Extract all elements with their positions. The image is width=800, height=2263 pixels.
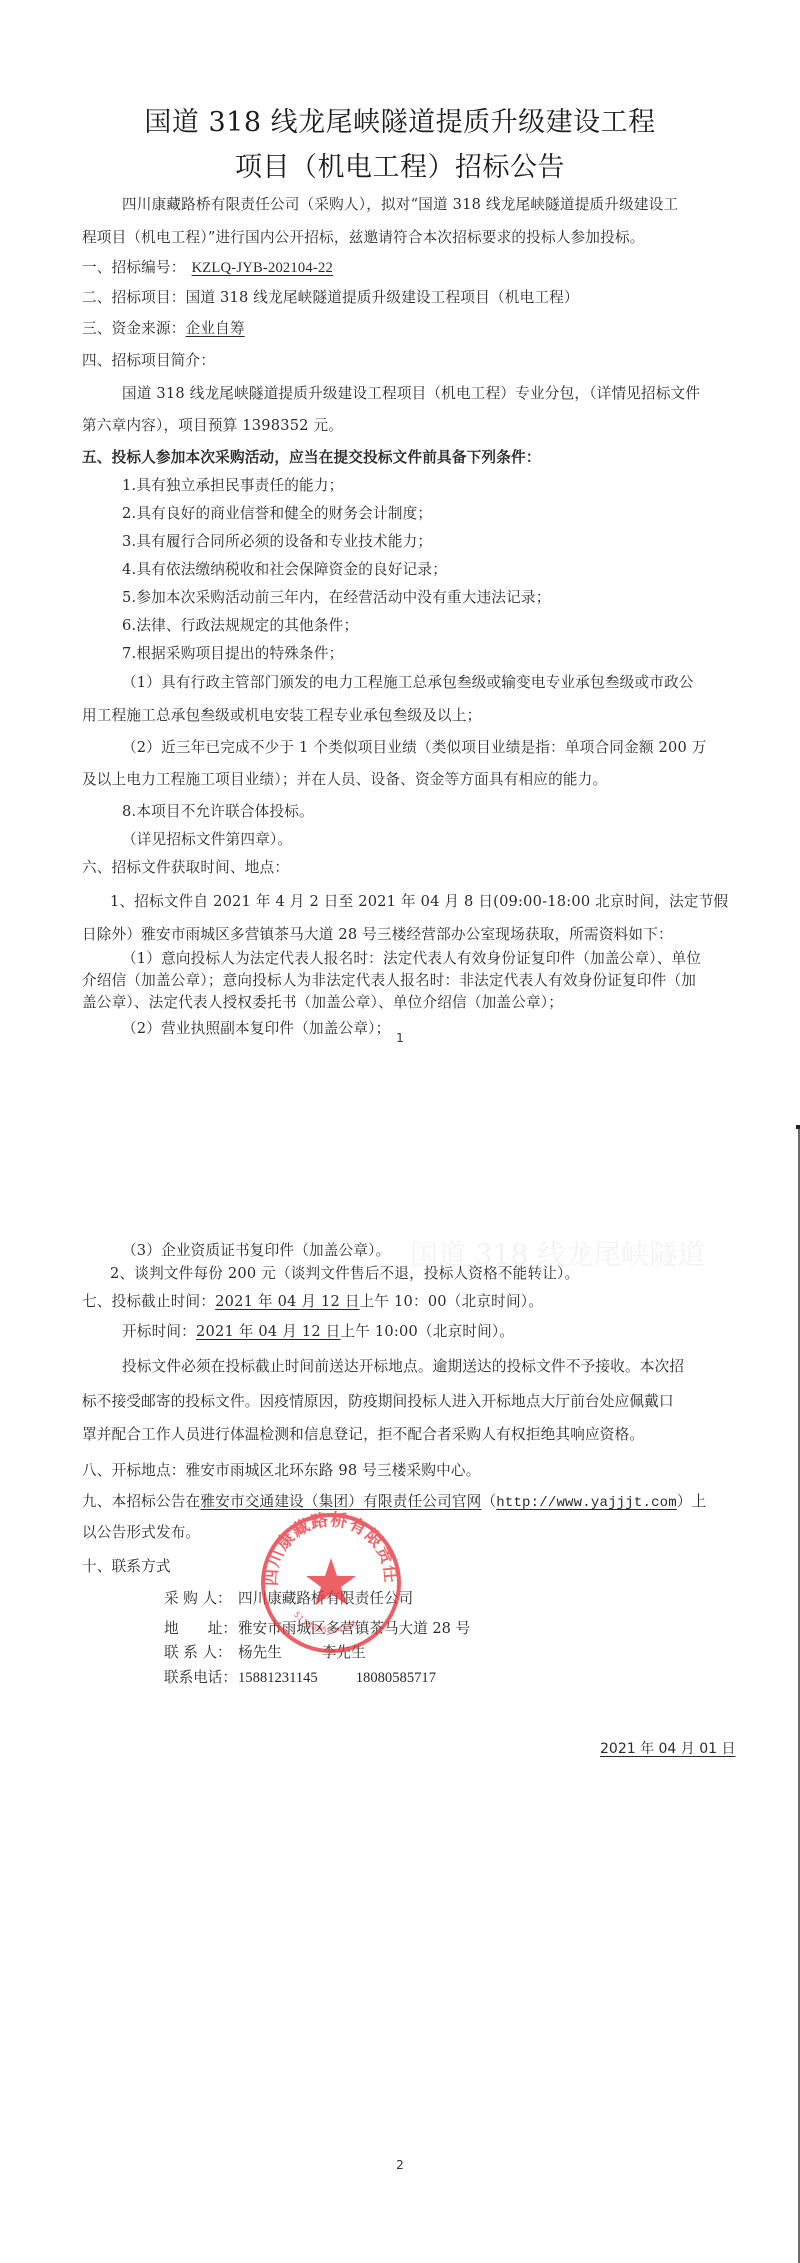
requirement-1-line-3: 盖公章）、法定代表人授权委托书（加盖公章）、单位介绍信（加盖公章）； — [82, 991, 563, 1012]
funding-value: 企业自筹 — [186, 320, 245, 337]
doc-collection-line-2: 日除外）雅安市雨城区多营镇茶马大道 28 号三楼经营部办公室现场获取，所需资料如… — [82, 923, 673, 944]
deadline-date: 2021 年 04 月 12 日 — [215, 1293, 359, 1310]
submission-notice-line-1: 投标文件必须在投标截止时间前送达开标地点。逾期送达的投标文件不予接收。本次招 — [122, 1355, 684, 1376]
deadline-label: 七、投标截止时间： — [82, 1293, 215, 1310]
qualification-item-7: 7.根据采购项目提出的特殊条件； — [122, 642, 343, 663]
svg-text:5118025034105: 5118025034105 — [292, 1610, 360, 1635]
bid-number-value: KZLQ-JYB-202104-22 — [192, 260, 333, 276]
section-opening-location: 八、开标地点：雅安市雨城区北环东路 98 号三楼采购中心。 — [82, 1459, 481, 1480]
section-funding-source: 三、资金来源：企业自筹 — [82, 317, 245, 338]
requirement-3: （3）企业资质证书复印件（加盖公章）。 — [122, 1239, 390, 1260]
page-number-1: 1 — [0, 1031, 800, 1045]
special-condition-2-line-2: 及以上电力工程施工项目业绩）；并在人员、设备、资金等方面具有相应的能力。 — [82, 768, 607, 789]
qualification-item-3: 3.具有履行合同所必须的设备和专业技术能力； — [122, 530, 432, 551]
contact-person-label: 联 系 人： — [164, 1641, 238, 1662]
purchaser-label: 采 购 人： — [164, 1587, 238, 1608]
special-condition-2-line-1: （2）近三年已完成不少于 1 个类似项目业绩（类似项目业绩是指：单项合同金额 2… — [122, 736, 707, 757]
requirement-1-line-2: 介绍信（加盖公章）；意向投标人为非法定代表人报名时：非法定代表人有效身份证复印件… — [82, 969, 696, 990]
submission-notice-line-2: 标不接受邮寄的投标文件。因疫情原因，防疫期间投标人进入开标地点大厅前台处应佩戴口 — [82, 1390, 674, 1411]
url-paren-close: ）上 — [677, 1493, 707, 1510]
qualification-item-6: 6.法律、行政法规规定的其他条件； — [122, 614, 358, 635]
project-intro-line-1: 国道 318 线龙尾峡隧道提质升级建设工程项目（机电工程）专业分包，（详情见招标… — [122, 382, 700, 403]
phone-1: 15881231145 — [238, 1670, 318, 1686]
funding-label: 三、资金来源： — [82, 320, 186, 337]
bid-number-label: 一、招标编号： — [82, 259, 186, 276]
phone-2: 18080585717 — [356, 1670, 436, 1686]
section-bid-project: 二、招标项目：国道 318 线龙尾峡隧道提质升级建设工程项目（机电工程） — [82, 286, 579, 307]
requirement-1-line-1: （1）意向投标人为法定代表人报名时：法定代表人有效身份证复印件（加盖公章）、单位 — [122, 947, 701, 968]
bid-project-value: 国道 318 线龙尾峡隧道提质升级建设工程项目（机电工程） — [186, 289, 579, 306]
seal-number: 5118025034105 — [292, 1610, 360, 1635]
qualification-item-1: 1.具有独立承担民事责任的能力； — [122, 474, 343, 495]
qualification-item-2: 2.具有良好的商业信誉和健全的财务会计制度； — [122, 502, 432, 523]
section-qualifications-heading: 五、投标人参加本次采购活动，应当在提交投标文件前具备下列条件： — [82, 446, 541, 467]
submission-notice-line-3: 罩并配合工作人员进行体温检测和信息登记，拒不配合者采购人有权拒绝其响应资格。 — [82, 1423, 644, 1444]
qualification-item-4: 4.具有依法缴纳税收和社会保障资金的良好记录； — [122, 558, 447, 579]
url-paren-open: （ — [481, 1493, 496, 1510]
contact-phones: 联系电话：1588123114518080585717 — [164, 1666, 436, 1687]
doc-collection-line-1: 1、招标文件自 2021 年 4 月 2 日至 2021 年 04 月 8 日(… — [110, 890, 728, 911]
document-page-1: 国道 318 线龙尾峡隧道提质升级建设工程 项目（机电工程）招标公告 四川康藏路… — [0, 0, 800, 1125]
qualification-item-5: 5.参加本次采购活动前三年内，在经营活动中没有重大违法记录； — [122, 586, 551, 607]
section-publication: 九、本招标公告在雅安市交通建设（集团）有限责任公司官网（http://www.y… — [82, 1490, 706, 1511]
company-seal-stamp: 四川康藏路桥有限责任公司 5118025034105 — [258, 1510, 404, 1656]
section-project-intro-heading: 四、招标项目简介： — [82, 349, 215, 370]
publication-url-link[interactable]: http://www.yajjjt.com — [496, 1495, 677, 1511]
deadline-time: 上午 10：00（北京时间）。 — [360, 1293, 543, 1310]
document-title-line-1: 国道 318 线龙尾峡隧道提质升级建设工程 — [0, 100, 800, 139]
special-condition-1-line-1: （1）具有行政主管部门颁发的电力工程施工总承包叁级或输变电专业承包叁级或市政公 — [122, 671, 694, 692]
bid-project-label: 二、招标项目： — [82, 289, 186, 306]
negotiation-fee: 2、谈判文件每份 200 元（谈判文件售后不退，投标人资格不能转让）。 — [110, 1262, 579, 1283]
section-doc-collection-heading: 六、招标文件获取时间、地点： — [82, 856, 289, 877]
publication-prefix: 九、本招标公告在 — [82, 1493, 200, 1510]
opening-time: 上午 10:00（北京时间）。 — [340, 1323, 514, 1340]
publication-line-2: 以公告形式发布。 — [82, 1521, 200, 1542]
section-bid-deadline: 七、投标截止时间：2021 年 04 月 12 日上午 10：00（北京时间）。 — [82, 1290, 543, 1311]
page-edge-mark — [796, 1125, 800, 1129]
special-condition-1-line-2: 用工程施工总承包叁级或机电安装工程专业承包叁级及以上； — [82, 704, 481, 725]
signature-date: 2021 年 04 月 01 日 — [600, 1738, 736, 1758]
opening-label: 开标时间： — [122, 1323, 196, 1340]
publication-site-link[interactable]: 雅安市交通建设（集团）有限责任公司官网 — [200, 1493, 481, 1510]
intro-line-1: 四川康藏路桥有限责任公司（采购人），拟对“国道 318 线龙尾峡隧道提质升级建设… — [122, 193, 678, 214]
bid-opening-time: 开标时间：2021 年 04 月 12 日上午 10:00（北京时间）。 — [122, 1320, 514, 1341]
project-intro-line-2: 第六章内容），项目预算 1398352 元。 — [82, 414, 343, 435]
opening-date: 2021 年 04 月 12 日 — [196, 1323, 340, 1340]
page-number-2: 2 — [0, 2158, 800, 2172]
section-contact-heading: 十、联系方式 — [82, 1555, 171, 1576]
qualification-item-8: 8.本项目不允许联合体投标。 — [122, 800, 314, 821]
section-bid-number: 一、招标编号：KZLQ-JYB-202104-22 — [82, 256, 333, 277]
document-title-line-2: 项目（机电工程）招标公告 — [0, 145, 800, 184]
seal-star-icon — [306, 1558, 356, 1605]
intro-line-2: 程项目（机电工程）”进行国内公开招标，兹邀请符合本次招标要求的投标人参加投标。 — [82, 226, 645, 247]
qualification-note: （详见招标文件第四章）。 — [122, 828, 292, 849]
address-label: 地 址： — [164, 1617, 238, 1638]
phone-label: 联系电话： — [164, 1666, 238, 1687]
